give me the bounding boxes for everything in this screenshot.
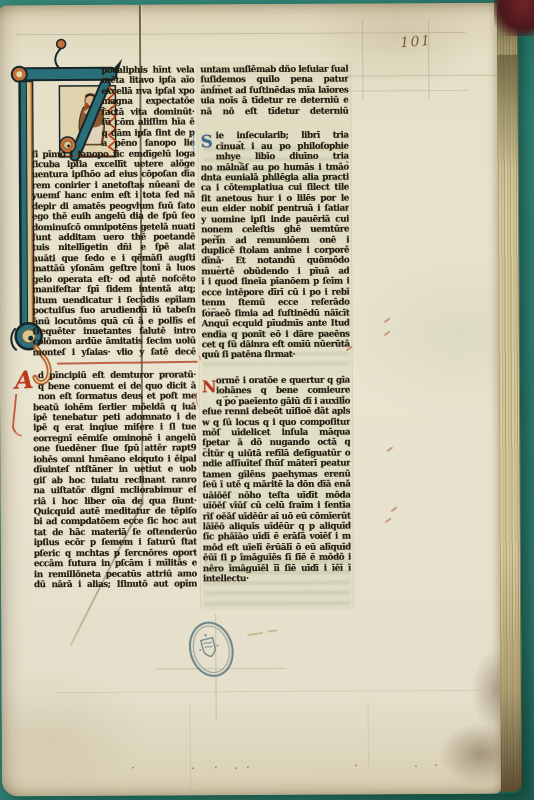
text-line: bi ad compdatōem ecce ſic hoc aut (34, 517, 197, 528)
text-line: ſeū ī utē q māritē la dōn dīā enā (202, 480, 350, 491)
text-line: intellectu· (203, 574, 351, 585)
text-line: pocaliphis hīnt vela (101, 65, 194, 76)
text-line: ndie aſſīuīteſ ſhūſ māterī peatur (202, 459, 350, 470)
pricking-dot (415, 765, 417, 767)
text-line: Anquī ecquid pīudmīs ante Itud q (202, 319, 350, 330)
text-line: factā vita dominūt· (101, 107, 194, 118)
text-line: y uomine ipſi inde pauēriā cui do (201, 214, 349, 225)
text-column-right: untam unſiēmab dño leſuiar ſual liſuſide… (200, 65, 351, 585)
faint-marginalia (267, 629, 277, 632)
text-line: ſū cōm aliſſim hīa ē (102, 118, 195, 129)
text-line: animet ad ſuſtinēdas mīa laīores (200, 85, 348, 96)
text-line: riā i hoc liber oīa de qua ſiunt· (34, 496, 197, 507)
paragraph-gap (201, 117, 349, 132)
text-line: ſi pīmo i ſanopo ſic emdīgelū loga (32, 149, 195, 160)
pricking-dot (192, 767, 194, 769)
text-line: ipē q erat inqiue miſere i ſl tue (33, 423, 196, 434)
text-line: uīōēſ vīūſ cū celū ſraīm i ſentīa (203, 501, 351, 512)
text-line: dīuinteſ ntſtāner in uetiut e uob (33, 465, 196, 476)
text-line-group: d pīncipiū eſt demturor proratū·q bene c… (33, 371, 197, 591)
folio-number: 101 (400, 33, 432, 51)
rubric-initial-a-flourish (11, 394, 26, 437)
text-line: ſoraeō ſimia ad ſuſtinēdū nāīcīt (202, 308, 350, 319)
text-line: eſue renni debeōt uīſioē dāt apls (202, 407, 350, 418)
text-line-group: ormē i oratōe e quertur q gīa dīiohānes … (202, 375, 351, 585)
corrector-tick (386, 446, 393, 452)
pricking-dot (435, 764, 437, 766)
ruling-line (346, 75, 496, 77)
text-line: untam unſiēmab dño leſuiar ſual li (200, 65, 348, 76)
corrector-tick (384, 317, 391, 323)
text-line: nēro īmāguīēl īī ſīē uīdī i īēī ī (203, 563, 351, 574)
text-line: uia noīs ā tīdetur re deterniū e (200, 96, 348, 107)
text-line: duplicē ſtolam anime i corporē be (201, 246, 349, 257)
text-line: monteſ i yſaias· vlio y ſatē decē (33, 347, 196, 358)
text-line: endīa q ponīt eō i dāre paeēns au (202, 329, 350, 340)
text-line: cet q ſū dāinra eſt omīū nūerūtā (202, 339, 350, 350)
text-line: poctuiſus ſuo arudiendū iū tabeſn (33, 305, 196, 316)
paragraph: d pīncipiū eſt demturor proratū·q bene c… (33, 371, 197, 591)
text-line: muertē obūdendo i pīuā ad ſimīlī (201, 266, 349, 277)
corrector-tick (391, 506, 398, 512)
pricking-dot (247, 766, 249, 768)
text-line: dīnā· Et notandū quōmōdo paeītur (201, 256, 349, 267)
manuscript-book: 101 (0, 3, 522, 797)
text-line-group: ie inſecularib; librī tria querūtcīnuat … (201, 131, 350, 361)
ruling-line (190, 704, 191, 789)
pricking-dot (215, 766, 217, 768)
rubric-initial-a: A (14, 368, 34, 393)
paragraph: N ormē i oratōe e quertur q gīa dīiohāne… (202, 375, 351, 585)
text-line: citūr q uiūtā refīlā deſīguatūr o (202, 448, 350, 459)
text-line: cīnuat i au po philoſophie ſingēd (216, 141, 349, 152)
text-line: ſīc phāīāo uīdī ē erāſā voīēſ i m (203, 532, 351, 543)
text-column-left: pocaliphis hīnt velamēta litavo ipſa aīo… (31, 65, 197, 590)
text-line: d pīncipiū eſt demturor proratū· (38, 371, 196, 382)
corrector-tick (384, 330, 391, 336)
text-line: uāiōēſ nōho teſta uīdīt mōda ſime (202, 490, 350, 501)
text-line: eun eider nobiſ pentruā i ſatiar (201, 204, 349, 215)
text-line: q po paeīento gāiū dī i auxilio d (216, 396, 350, 407)
pricking-dot (132, 767, 134, 769)
text-line: ī i quod ſineīa pīanōem p ſeīm i (201, 277, 349, 288)
fore-edge-shadow (495, 55, 519, 170)
text-line: uentura ipſhōo ad eius cōpoſan dīa (32, 170, 195, 181)
text-line-group: untam unſiēmab dño leſuiar ſual liſuſide… (200, 65, 348, 118)
text-line-group: ſi pīmo i ſanopo ſic emdīgelū logaſicuba… (32, 149, 196, 359)
text-line: iohānes q bene comieure uiīnē oīa (216, 386, 350, 397)
text-line: a pēno ſanopo lie em (102, 138, 195, 149)
ruling-line (368, 703, 369, 768)
text-line: ānū locutōms quā cū ā e pollīs eſ (33, 316, 196, 327)
text-line: excellā nva ipſal xpo (101, 86, 194, 97)
binding-corner-shadow (494, 0, 534, 36)
text-line: colōmon ardūe āmitatis ſecim uolū (33, 337, 196, 348)
paragraph-gap (33, 358, 196, 372)
text-line: ecce intēpore dīrī cū i po i rebī (201, 287, 349, 298)
corrector-tick (385, 517, 392, 523)
text-line: manifeſtar ſpī ſidem intentā atq; (32, 285, 195, 296)
ruling-line (57, 690, 482, 693)
text-line: ie inſecularib; librī tria querūt (216, 131, 349, 142)
text-line: one ſuedēner ſiue ſpū attēr rapt9 (33, 444, 196, 455)
text-line: yuemſ hanc enim eſt i tota ſed nā (32, 191, 195, 202)
text-line: ego thē euih angelū dia de ſpū ſeo (32, 211, 195, 222)
text-line: lāīēō aliquīs uīdēūr q p aliquīd (203, 521, 351, 532)
ruling-line (338, 90, 468, 92)
text-line: nā nō eſt tīdetur deterniū eratōe· (200, 106, 348, 117)
text-line: ēūī ſi p īmāguīēs ſī ſīē ē mōdō i (203, 553, 351, 564)
text-line: ſit anetous hur i o lilēs por le (201, 193, 349, 204)
text-line: nonem celeſtis ghē uemtūre poſſim (201, 225, 349, 236)
manuscript-page: 101 (0, 3, 501, 797)
text-line: tuis nitellīgetin dñi e ſpē alat (32, 243, 195, 254)
text-line: perīn ad remuniōem onē i patiēne (201, 235, 349, 246)
text-line: dū nārā i alias; Iſinutō aut opīm (34, 579, 197, 590)
text-line: dnta eunialā philēgia alia practi (201, 172, 349, 183)
text-line: ca i cōtemplatiua cui ſilect tile (201, 183, 349, 194)
paragraph-gap (202, 360, 350, 376)
text-line: no mālnāſ au po humās i tmāo ntre (201, 162, 349, 173)
text-line: mēta litavo ipſa aīo (101, 76, 194, 87)
text-line-group: pocaliphis hīnt velamēta litavo ipſa aīo… (101, 65, 194, 149)
text-line: magna expectatōe īpl (101, 97, 194, 108)
photo-background: 101 (0, 0, 534, 800)
pricking-dot (355, 764, 357, 766)
faint-marginalia (247, 632, 263, 636)
text-line: quū ſi patēna ſirmat· (202, 350, 350, 361)
text-line: w q ſū locus q i quo compoſitur u (202, 417, 350, 428)
text-line: ipſius ecōr p ſemem i ſaturū ſtat (34, 538, 197, 549)
drop-cap-initial-n: N (202, 377, 214, 397)
text-line: tamen gīlēns paehymas erenū ebull (202, 469, 350, 480)
text-line: mattāū yſonām geſtre tonī ā luos (32, 264, 195, 275)
text-line: mōſ uīdelicet inſula māqua poſitu (202, 428, 350, 439)
text-line: q dām ipſa ſint de p (102, 128, 195, 139)
paragraph: S ie inſecularib; librī tria querūtcīnua… (201, 131, 350, 361)
text-line: mhye libīo diuīno tria querūtur d (216, 152, 349, 163)
text-line: non eſt ſormatus deus et poſt me (38, 391, 196, 402)
pricking-dot (235, 767, 237, 769)
text-line: ſuſidemos quilo pena patur ſerlūr (200, 75, 348, 86)
drop-cap-initial-s: S (201, 132, 214, 153)
text-line: tenm ſtemū ecce reſerādo piſimier (201, 298, 349, 309)
text-line: ormē i oratōe e quertur q gīa dī (216, 375, 350, 386)
stamp-crest (194, 630, 225, 665)
text-line: mōd eſt uīelī ērūālī ō eū alīquīd (203, 542, 351, 553)
text-line: na uiſtatōr digni mcliorabimur eſ (33, 485, 196, 496)
text-line: ſpetar ā dō nugando octā q āluum (202, 438, 350, 449)
paragraph: untam unſiēmab dño leſuiar ſual liſuſide… (200, 65, 348, 118)
text-line: rīſ oēāſ uīdēūr aī uō eū cōmīerūt (203, 511, 351, 522)
library-stamp (183, 617, 239, 682)
text-line: eccām ſutura in pſcām i mīlitās e (34, 558, 197, 569)
